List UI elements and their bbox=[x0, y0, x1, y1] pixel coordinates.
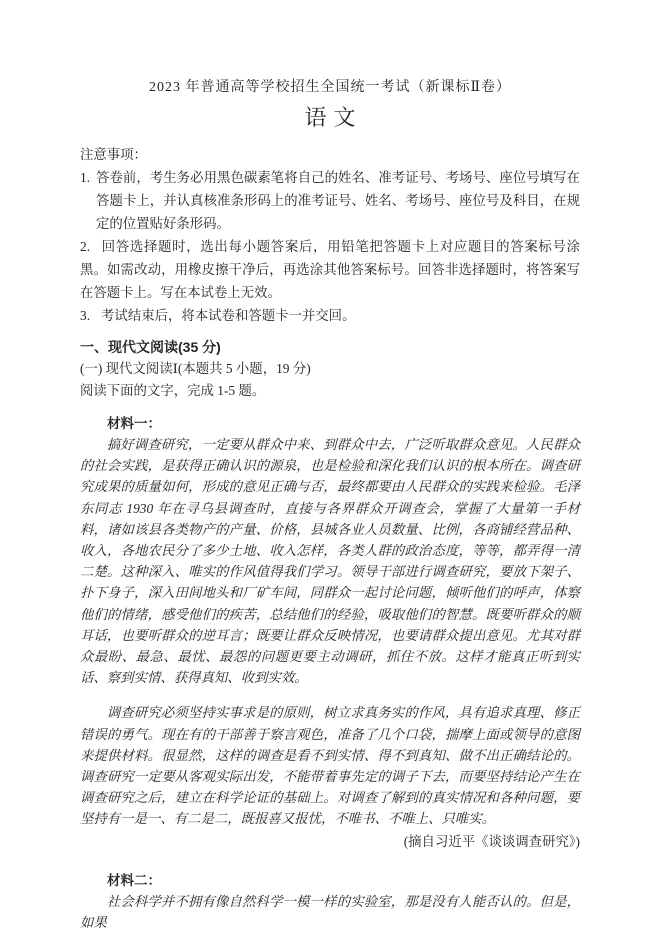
notice-item-3-number: 3. bbox=[80, 308, 90, 323]
material-2-paragraph-1: 社会科学并不拥有像自然科学一模一样的实验室，那是没有人能否认的。但是，如果 bbox=[80, 891, 580, 933]
notice-item-1: 1.答卷前，考生务必用黑色碳素笔将自己的姓名、准考证号、考场号、座位号填写在答题… bbox=[80, 166, 580, 235]
exam-title: 2023 年普通高等学校招生全国统一考试（新课标Ⅱ卷） bbox=[80, 80, 580, 96]
reading-instruction: 阅读下面的文字，完成 1-5 题。 bbox=[80, 380, 580, 402]
notice-item-3: 3.考试结束后，将本试卷和答题卡一并交回。 bbox=[80, 304, 580, 327]
section-1-heading: 一、现代文阅读(35 分) bbox=[80, 336, 580, 358]
notice-item-2-number: 2. bbox=[80, 239, 90, 254]
notice-item-2-text: 回答选择题时，选出每小题答案后，用铅笔把答题卡上对应题目的答案标号涂黑。如需改动… bbox=[80, 239, 580, 300]
material-1-paragraph-2: 调查研究必须坚持实事求是的原则，树立求真务实的作风，具有追求真理、修正错误的勇气… bbox=[80, 702, 580, 829]
exam-paper-page: 2023 年普通高等学校招生全国统一考试（新课标Ⅱ卷） 语文 注意事项： 1.答… bbox=[0, 0, 660, 933]
material-2-label: 材料二： bbox=[80, 870, 580, 891]
material-1-citation: (摘自习近平《谈谈调查研究》) bbox=[80, 831, 580, 852]
notice-heading: 注意事项： bbox=[80, 143, 580, 166]
notice-item-1-number: 1. bbox=[80, 166, 90, 189]
notice-item-3-text: 考试结束后，将本试卷和答题卡一并交回。 bbox=[101, 308, 355, 323]
material-1-label: 材料一： bbox=[80, 413, 580, 434]
material-1-paragraph-1: 搞好调查研究，一定要从群众中来、到群众中去，广泛听取群众意见。人民群众的社会实践… bbox=[80, 434, 580, 688]
notice-item-2: 2.回答选择题时，选出每小题答案后，用铅笔把答题卡上对应题目的答案标号涂黑。如需… bbox=[80, 235, 580, 304]
section-1-part-heading: (一) 现代文阅读Ⅰ(本题共 5 小题，19 分) bbox=[80, 358, 580, 380]
notice-item-1-text: 答卷前，考生务必用黑色碳素笔将自己的姓名、准考证号、考场号、座位号填写在答题卡上… bbox=[96, 170, 580, 231]
subject-title: 语文 bbox=[80, 104, 580, 132]
